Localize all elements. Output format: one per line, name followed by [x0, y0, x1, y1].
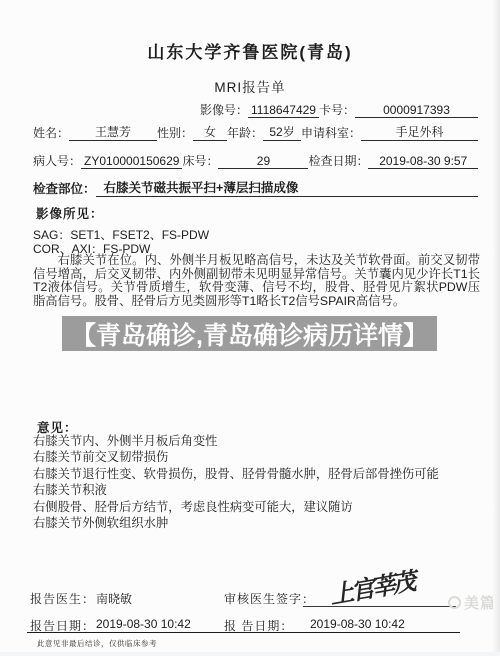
opinion-item: 右膝关节积液 — [33, 482, 485, 498]
meipian-logo-text: 美篇 — [464, 592, 496, 613]
card-no-label: 卡号： — [319, 101, 355, 118]
opinion-item: 右膝关节内、外侧半月板后角变性 — [33, 433, 485, 449]
age-value: 52岁 — [263, 123, 301, 141]
dept-value: 手足外科 — [361, 123, 478, 141]
meipian-logo-icon — [448, 596, 461, 609]
gender-label: 性别： — [157, 124, 193, 141]
overlay-watermark-banner: 【青岛确诊,青岛确诊病历详情】 — [62, 316, 437, 351]
footer-separator-line — [27, 632, 460, 633]
meipian-watermark: 美篇 — [448, 592, 496, 613]
gender-value: 女 — [193, 123, 227, 141]
opinion-item: 右膝关节前交叉韧带损伤 — [33, 449, 485, 465]
review-doctor-sign-label: 审核医生签字： — [224, 590, 315, 607]
findings-heading: 影像所见： — [36, 204, 104, 222]
reviewer-signature: 上官莘茂 — [331, 560, 418, 611]
patient-no-value: ZY010000150629 — [81, 154, 182, 169]
exam-site-value: 右膝关节磁共振平扫+薄层扫描成像 — [96, 178, 478, 197]
card-no-value: 0000917393 — [355, 103, 478, 118]
row-exam-site: 检查部位： 右膝关节磁共振平扫+薄层扫描成像 — [33, 180, 478, 197]
bed-no-label: 床号： — [182, 152, 218, 169]
report-date-left: 2019-08-30 10:42 — [96, 617, 191, 631]
opinion-item: 右膝关节退行性变、软骨损伤，股骨、胫骨骨髓水肿，胫骨后部骨挫伤可能 — [33, 466, 485, 482]
signature-underline — [303, 606, 456, 607]
patient-no-label: 病人号： — [33, 152, 81, 169]
scan-right-edge — [493, 0, 500, 656]
opinion-list: 右膝关节内、外侧半月板后角变性 右膝关节前交叉韧带损伤 右膝关节退行性变、软骨损… — [33, 433, 485, 531]
report-title: MRI报告单 — [0, 76, 500, 96]
dept-label: 申请科室： — [301, 124, 361, 141]
mri-report-page: 山东大学齐鲁医院(青岛) MRI报告单 影像号： 1118647429 卡号： … — [0, 0, 500, 656]
report-doctor-name: 南晓敏 — [96, 590, 132, 607]
image-no-label: 影像号： — [200, 101, 248, 118]
report-doctor-label: 报告医生： — [30, 590, 95, 607]
findings-paragraph: 右膝关节在位。内、外侧半月板见略高信号，未达及关节软骨面。前交叉韧带信号增高，后… — [33, 254, 480, 309]
opinion-item: 右膝关节外侧软组织水肿 — [33, 515, 485, 531]
image-no-value: 1118647429 — [248, 103, 319, 118]
hospital-name: 山东大学齐鲁医院(青岛) — [0, 38, 500, 63]
exam-date-value: 2019-08-30 9:57 — [368, 154, 478, 169]
age-label: 年龄： — [227, 124, 263, 141]
exam-site-label: 检查部位： — [33, 179, 96, 197]
opinion-item: 右侧股骨、胫骨后方结节，考虑良性病变可能大，建议随访 — [33, 499, 485, 515]
report-date-right: 2019-08-30 10:42 — [310, 617, 405, 631]
name-label: 姓名： — [33, 124, 69, 141]
row-patient-identity: 姓名： 王慧芳 性别： 女 年龄： 52岁 申请科室： 手足外科 — [33, 124, 478, 141]
row-image-card-number: 影像号： 1118647429 卡号： 0000917393 — [200, 101, 478, 118]
bed-no-value: 29 — [218, 154, 308, 169]
exam-date-label: 检查日期： — [308, 152, 368, 169]
disclaimer-footnote: 此意见非最后结诊，仅供临床参考 — [37, 638, 157, 649]
row-patient-number: 病人号： ZY010000150629 床号： 29 检查日期： 2019-08… — [33, 152, 478, 169]
scan-bottom-edge — [0, 652, 500, 656]
name-value: 王慧芳 — [69, 123, 157, 141]
